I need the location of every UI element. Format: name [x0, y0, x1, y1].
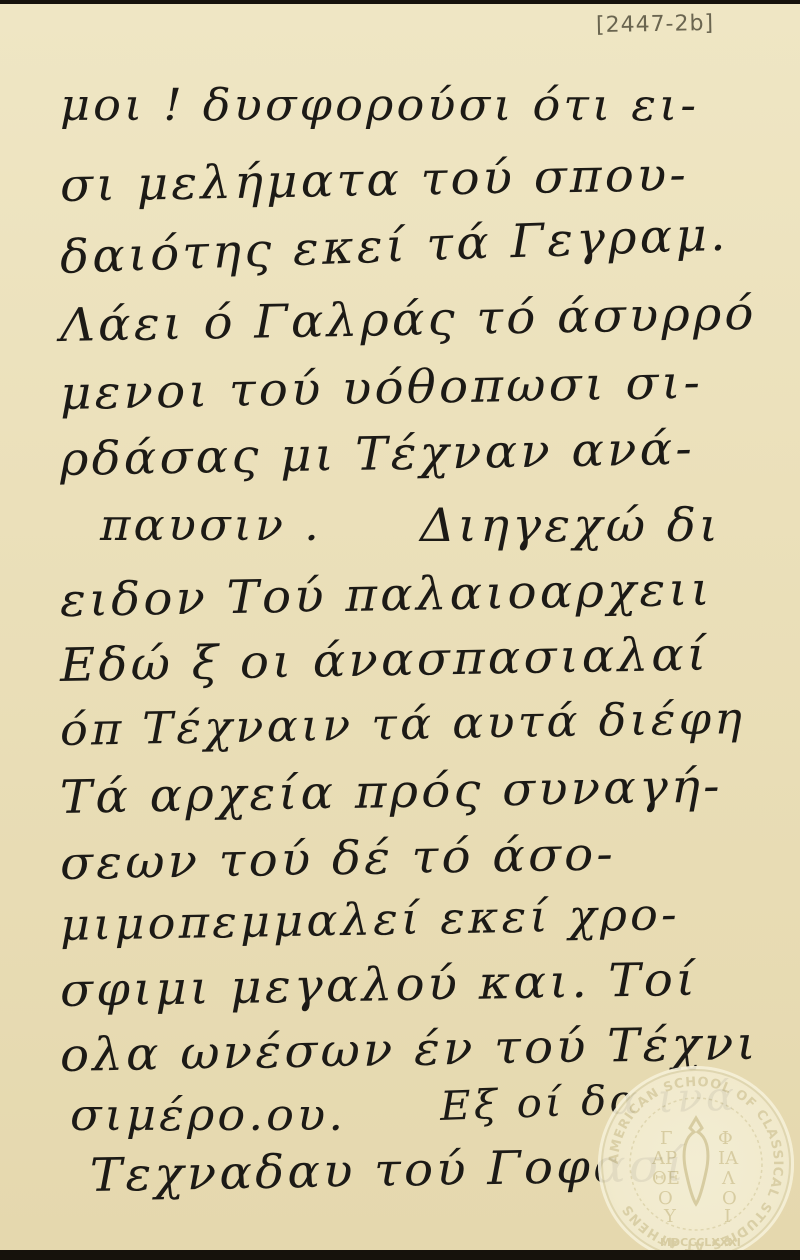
archive-reference-number: [2447-2b]: [596, 11, 714, 38]
handwritten-line: σιμέρο.ου.: [70, 1090, 346, 1141]
handwritten-line: Τά αρχεία πρός συναγή-: [60, 758, 724, 824]
handwritten-line: δαιότης εκεί τά Γεγραμ.: [59, 207, 729, 284]
handwritten-line: Διηγεχώ δι: [420, 498, 721, 552]
svg-text:MDCCCLXXXI: MDCCCLXXXI: [660, 1236, 741, 1249]
handwritten-line: Εδώ ξ οι άνασπασιαλαί: [60, 627, 710, 692]
handwritten-line: Λάει ό Γαλράς τό άσυρρό: [60, 286, 758, 352]
svg-text:Ι: Ι: [724, 1206, 731, 1227]
handwritten-line: μιμοπεμμαλεί εκεί χρο-: [60, 889, 681, 951]
svg-text:Γ: Γ: [660, 1128, 673, 1149]
handwritten-line: σι μελήματα τού σπου-: [60, 147, 690, 212]
handwritten-line: σφιμι μεγαλού και. Τοί: [60, 952, 699, 1017]
svg-text:Υ: Υ: [663, 1206, 677, 1227]
handwritten-line: ειδον Τού παλαιοαρχειι: [60, 562, 714, 627]
svg-text:Λ: Λ: [721, 1168, 736, 1189]
handwritten-line: μενοι τού υόθοπωσι σι-: [60, 355, 704, 420]
handwritten-line: μοι ! δυσφορούσι ότι ει-: [60, 80, 699, 131]
svg-text:Φ: Φ: [718, 1128, 733, 1149]
svg-text:AMERICAN SCHOOL OF CLASSICAL S: AMERICAN SCHOOL OF CLASSICAL STUDIES AT …: [607, 1075, 785, 1250]
handwritten-line: σεων τού δέ τό άσο-: [60, 826, 617, 890]
svg-text:ΙΑ: ΙΑ: [718, 1148, 739, 1169]
handwritten-line: παυσιν .: [100, 500, 322, 551]
seal-emblem-icon: AMERICAN SCHOOL OF CLASSICAL STUDIES AT …: [598, 1066, 794, 1250]
handwritten-line: ρδάσας μι Τέχναν ανά-: [60, 421, 696, 486]
letter-page: [2447-2b] μοι ! δυσφορούσι ότι ει-σι μελ…: [0, 4, 800, 1250]
handwritten-line: όπ Τέχναιν τά αυτά διέφη: [60, 693, 746, 756]
scan-bottom-border: [0, 1250, 800, 1260]
institution-seal: AMERICAN SCHOOL OF CLASSICAL STUDIES AT …: [598, 1066, 794, 1250]
svg-text:ΘΕ: ΘΕ: [652, 1168, 680, 1189]
svg-text:ΑΡ: ΑΡ: [651, 1148, 677, 1169]
